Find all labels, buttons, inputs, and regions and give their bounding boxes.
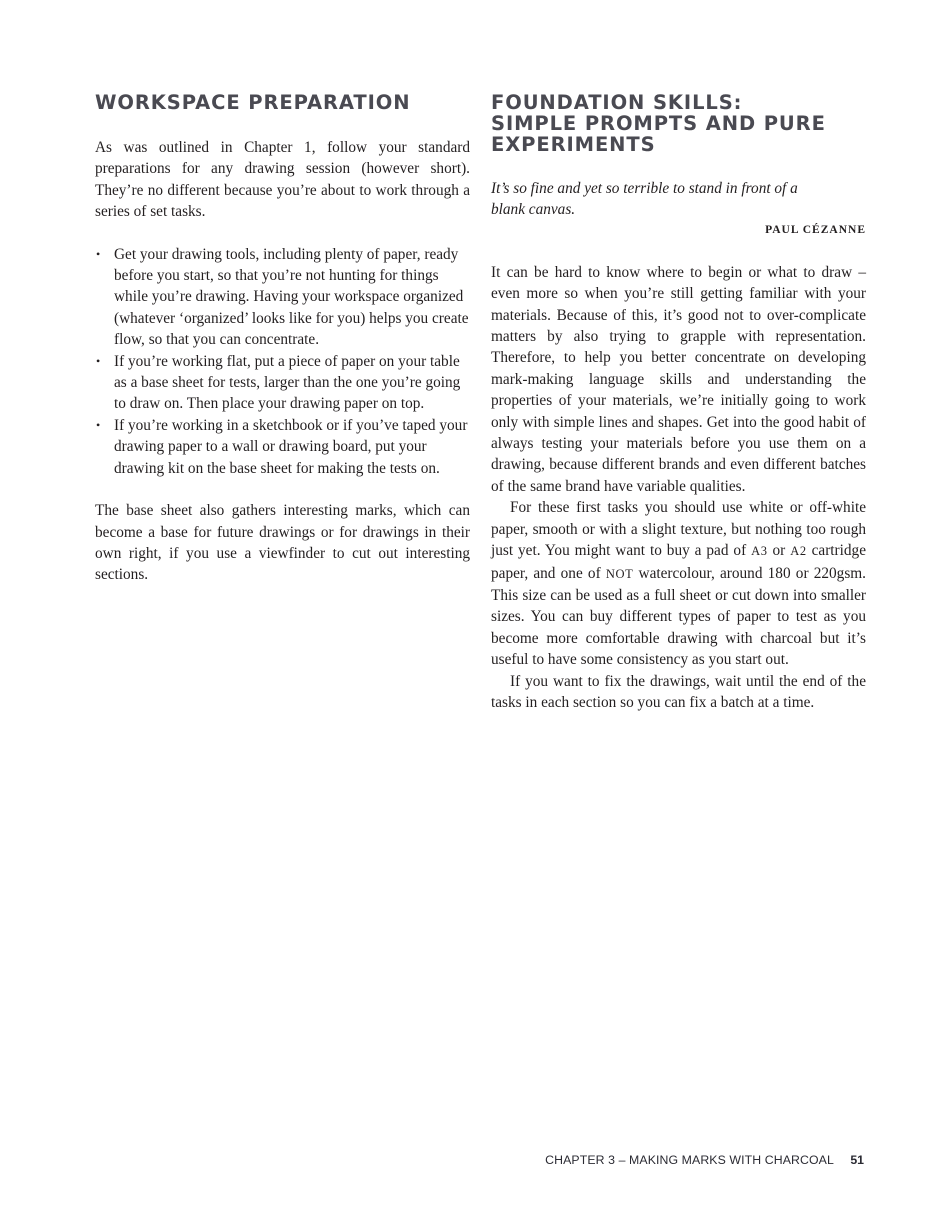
page-number: 51: [850, 1153, 864, 1167]
bullet-item: • Get your drawing tools, including plen…: [95, 244, 470, 351]
paragraph-2-text: or: [768, 542, 791, 559]
bullet-item: • If you’re working in a sketchbook or i…: [95, 415, 470, 479]
left-column: WORKSPACE PREPARATION As was outlined in…: [95, 92, 470, 586]
epigraph-attribution: PAUL CÉZANNE: [491, 224, 866, 236]
bullet-text: If you’re working in a sketchbook or if …: [114, 417, 467, 477]
heading-line: SIMPLE PROMPTS AND PURE: [491, 113, 866, 134]
paper-size-a2: A2: [790, 544, 806, 558]
paragraph-2: For these first tasks you should use whi…: [491, 497, 866, 670]
bullet-icon: •: [96, 244, 100, 265]
bullet-text: Get your drawing tools, including plenty…: [114, 246, 469, 349]
epigraph-quote: It’s so fine and yet so terrible to stan…: [491, 178, 811, 221]
section-heading-foundation-skills: FOUNDATION SKILLS: SIMPLE PROMPTS AND PU…: [491, 92, 866, 155]
bullet-text: If you’re working flat, put a piece of p…: [114, 353, 460, 413]
bullet-icon: •: [96, 351, 100, 372]
running-head: CHAPTER 3 – MAKING MARKS WITH CHARCOAL: [545, 1153, 834, 1167]
preparation-bullet-list: • Get your drawing tools, including plen…: [95, 244, 470, 479]
paragraph-3: If you want to fix the drawings, wait un…: [491, 671, 866, 714]
paragraph-1: It can be hard to know where to begin or…: [491, 262, 866, 497]
right-body-text: It can be hard to know where to begin or…: [491, 262, 866, 714]
heading-line: EXPERIMENTS: [491, 134, 866, 155]
paper-size-a3: A3: [751, 544, 767, 558]
page-footer: CHAPTER 3 – MAKING MARKS WITH CHARCOAL 5…: [545, 1153, 864, 1167]
bullet-icon: •: [96, 415, 100, 436]
book-page: WORKSPACE PREPARATION As was outlined in…: [0, 0, 952, 1212]
closing-paragraph: The base sheet also gathers interesting …: [95, 500, 470, 586]
right-column: FOUNDATION SKILLS: SIMPLE PROMPTS AND PU…: [491, 92, 866, 713]
bullet-item: • If you’re working flat, put a piece of…: [95, 351, 470, 415]
not-paper-term: NOT: [606, 567, 634, 581]
heading-line: FOUNDATION SKILLS:: [491, 92, 866, 113]
intro-paragraph: As was outlined in Chapter 1, follow you…: [95, 137, 470, 223]
section-heading-workspace-preparation: WORKSPACE PREPARATION: [95, 92, 470, 113]
